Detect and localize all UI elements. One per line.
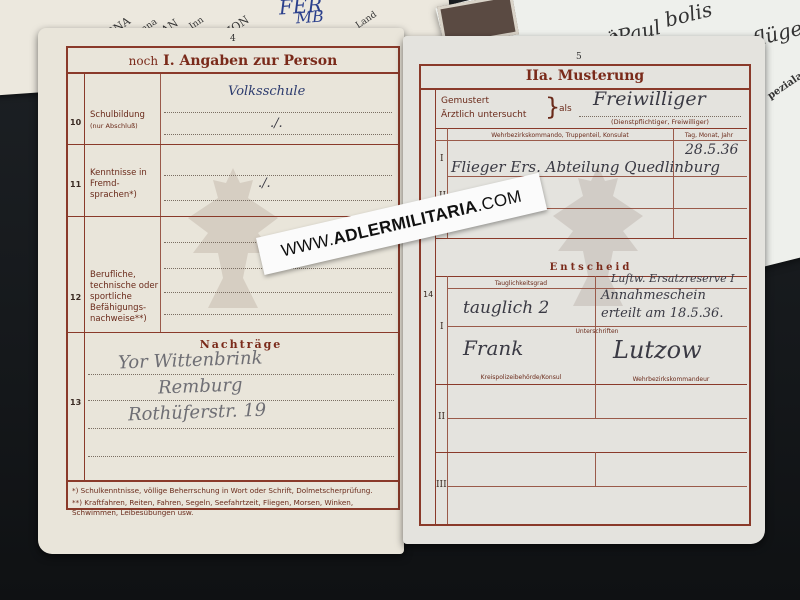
handwritten-note: erteilt am 18.5.36.	[601, 306, 723, 321]
right-page: 5 IIa. Musterung Gemustert Ärztlich unte…	[403, 36, 765, 544]
row-number: 12	[70, 293, 81, 302]
row-roman: III	[436, 480, 447, 490]
signature-police: Frank	[463, 336, 523, 360]
handwritten-entry: Remburg	[158, 375, 243, 399]
handwritten-entry: Volksschule	[228, 84, 305, 99]
entry-line	[579, 116, 741, 117]
entry-line	[164, 112, 392, 113]
column-divider	[435, 90, 436, 524]
als-label: als	[559, 104, 572, 115]
column-divider	[673, 128, 674, 238]
row-label-text: Schulbildung	[90, 110, 160, 121]
page-number: 4	[230, 34, 236, 44]
row-roman: I	[440, 322, 444, 332]
entry-line	[164, 134, 392, 135]
page-number: 5	[576, 52, 582, 62]
row-number: 14	[423, 290, 433, 299]
title-prefix: noch	[129, 54, 158, 68]
row-sublabel: (nur Abschluß)	[90, 121, 160, 132]
row-roman: II	[438, 412, 445, 422]
footnote: *) Schulkenntnisse, völlige Beherrschung…	[72, 486, 392, 496]
row-number: 11	[70, 180, 81, 189]
col-label-tauglichkeit: Tauglichkeitsgrad	[447, 280, 595, 287]
column-divider	[84, 332, 85, 480]
column-divider	[595, 384, 596, 418]
entry-line	[164, 292, 392, 293]
divider	[435, 128, 747, 129]
divider	[435, 140, 747, 141]
watermark-prefix: WWW.	[279, 230, 335, 261]
left-page: 4 noch I. Angaben zur Person 10 Schulbil…	[38, 28, 404, 554]
handwritten-entry: ./.	[270, 116, 283, 131]
column-divider	[160, 74, 161, 332]
signature-commander: Lutzow	[613, 336, 702, 364]
gemustert-label-2: Ärztlich untersucht	[441, 108, 526, 122]
divider	[447, 418, 747, 419]
handwritten-entry: ./.	[258, 176, 271, 191]
entry-line	[164, 314, 392, 315]
brace: }	[545, 94, 560, 120]
row-number: 13	[70, 398, 81, 407]
column-divider	[84, 74, 85, 332]
row-divider	[68, 332, 398, 333]
row-label: Kenntnisse in Fremd-sprachen*)	[90, 168, 154, 201]
footnote: **) Kraftfahren, Reiten, Fahren, Segeln,…	[72, 498, 392, 518]
divider	[435, 384, 747, 385]
watermark-suffix: .COM	[475, 186, 524, 216]
row-roman: I	[440, 154, 444, 164]
handwritten-tauglichkeit: tauglich 2	[463, 298, 549, 318]
section-title: IIa. Musterung	[421, 68, 749, 84]
handwritten-note: Annahmeschein	[601, 288, 706, 303]
section-title: noch I. Angaben zur Person	[68, 50, 398, 69]
divider	[435, 452, 747, 453]
gemustert-label-1: Gemustert	[441, 94, 526, 108]
col-label-police: Kreispolizeibehörde/Konsul	[447, 374, 595, 381]
entry-line	[164, 175, 392, 176]
divider	[68, 72, 398, 74]
column-divider	[595, 452, 596, 486]
gemustert-label: Gemustert Ärztlich untersucht	[441, 94, 526, 122]
entry-line	[88, 428, 394, 429]
gemustert-hint: (Dienstpflichtiger, Freiwilliger)	[579, 118, 741, 126]
bg-handwriting: bolis	[662, 0, 714, 32]
handwritten-entry: Freiwilliger	[593, 88, 706, 110]
row-label: Schulbildung (nur Abschluß)	[90, 110, 160, 132]
handwritten-note: Luftw. Ersatzreserve I	[611, 272, 734, 285]
handwritten-date: 28.5.36	[685, 142, 738, 158]
row-divider	[68, 144, 398, 145]
bg-handwriting: MB	[295, 6, 324, 27]
divider	[447, 486, 747, 487]
divider	[68, 480, 398, 482]
col-label-signatures: Unterschriften	[447, 328, 747, 335]
entry-line	[88, 456, 394, 457]
entry-line	[164, 200, 392, 201]
row-label: Berufliche, technische oder sportliche B…	[90, 270, 160, 325]
table-header: Wehrbezirkskommando, Truppenteil, Konsul…	[447, 132, 673, 139]
col-label-commander: Wehrbezirkskommandeur	[595, 376, 747, 383]
divider	[447, 326, 747, 327]
table-header: Tag, Monat, Jahr	[673, 132, 745, 139]
title-text: I. Angaben zur Person	[163, 53, 337, 69]
bg-text-fragment: pezialarbeit	[766, 55, 800, 101]
row-number: 10	[70, 118, 81, 127]
